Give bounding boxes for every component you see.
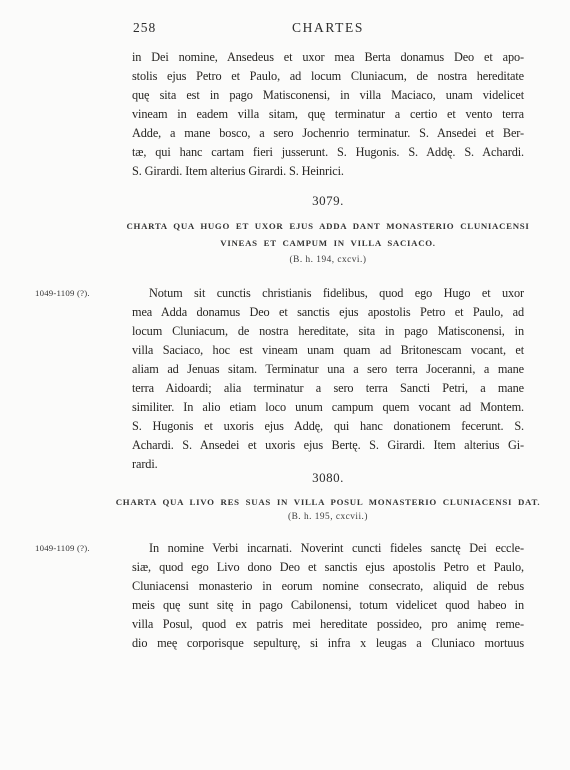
charter-3079-margin-date: 1049-1109 (?). — [35, 288, 110, 298]
text-line: tæ, qui hanc cartam fieri jusserunt. S. … — [132, 143, 524, 162]
charter-3080-title: CHARTA QUA LIVO RES SUAS IN VILLA POSUL … — [110, 494, 546, 511]
charter-3079-number: 3079. — [132, 193, 524, 209]
text-line: In nomine Verbi incarnati. Noverint cunc… — [132, 539, 524, 558]
text-line: terra Aidoardi; alia terminatur a sero t… — [132, 379, 524, 398]
text-line: Cluniacensi monasterio in eorum nomine c… — [132, 577, 524, 596]
charter-3079-title: CHARTA QUA HUGO ET UXOR EJUS ADDA DANT M… — [110, 218, 546, 251]
text-line: Achardi. S. Ansedei et uxoris ejus Bertę… — [132, 436, 524, 455]
text-line: villa Saciaco, hoc est vineam unam quam … — [132, 341, 524, 360]
text-line: in Dei nomine, Ansedeus et uxor mea Bert… — [132, 48, 524, 67]
charter-3080-number: 3080. — [132, 470, 524, 486]
text-line: similiter. In alio etiam loco unum campu… — [132, 398, 524, 417]
charter-3080-title-line1: CHARTA QUA LIVO RES SUAS IN VILLA POSUL … — [110, 494, 546, 511]
charter-3080-reference: (B. h. 195, cxcvii.) — [132, 512, 524, 522]
text-line: vineam in eadem villa sitam, quę termina… — [132, 105, 524, 124]
text-line: S. Girardi. Item alterius Girardi. S. He… — [132, 162, 524, 181]
text-line: S. Hugonis et uxoris ejus Addę, qui hanc… — [132, 417, 524, 436]
text-line: locum Cluniacum, de nostra hereditate, s… — [132, 322, 524, 341]
text-line: aliam ad Jenuas sitam. Terminatur una a … — [132, 360, 524, 379]
charter-3079-title-line2: VINEAS ET CAMPUM IN VILLA SACIACO. — [110, 235, 546, 252]
text-line: dio meę corporisque sepulturę, si infra … — [132, 634, 524, 653]
text-line: siæ, quod ego Livo dono Deo et sanctis e… — [132, 558, 524, 577]
text-line: mea Adda donamus Deo et sanctis ejus apo… — [132, 303, 524, 322]
intro-paragraph: in Dei nomine, Ansedeus et uxor mea Bert… — [132, 48, 524, 181]
text-line: Notum sit cunctis christianis fidelibus,… — [132, 284, 524, 303]
charter-3080-margin-date: 1049-1109 (?). — [35, 543, 110, 553]
charter-3079-title-line1: CHARTA QUA HUGO ET UXOR EJUS ADDA DANT M… — [110, 218, 546, 235]
text-line: Adde, a mane bosco, a sero Jochenrio ter… — [132, 124, 524, 143]
text-line: meis quę sunt sitę in pago Cabilonensi, … — [132, 596, 524, 615]
charter-3080-body: In nomine Verbi incarnati. Noverint cunc… — [132, 539, 524, 653]
text-line: quę sita est in pago Matisconensi, in vi… — [132, 86, 524, 105]
text-line: villa Posul, quod ex patris mei heredita… — [132, 615, 524, 634]
text-line: stolis ejus Petro et Paulo, ad locum Clu… — [132, 67, 524, 86]
charter-3079-reference: (B. h. 194, cxcvi.) — [132, 255, 524, 265]
running-title: CHARTES — [132, 20, 524, 36]
charter-3079-body: Notum sit cunctis christianis fidelibus,… — [132, 284, 524, 474]
scanned-book-page: 258 CHARTES in Dei nomine, Ansedeus et u… — [0, 0, 570, 770]
running-header: 258 CHARTES — [132, 20, 524, 38]
